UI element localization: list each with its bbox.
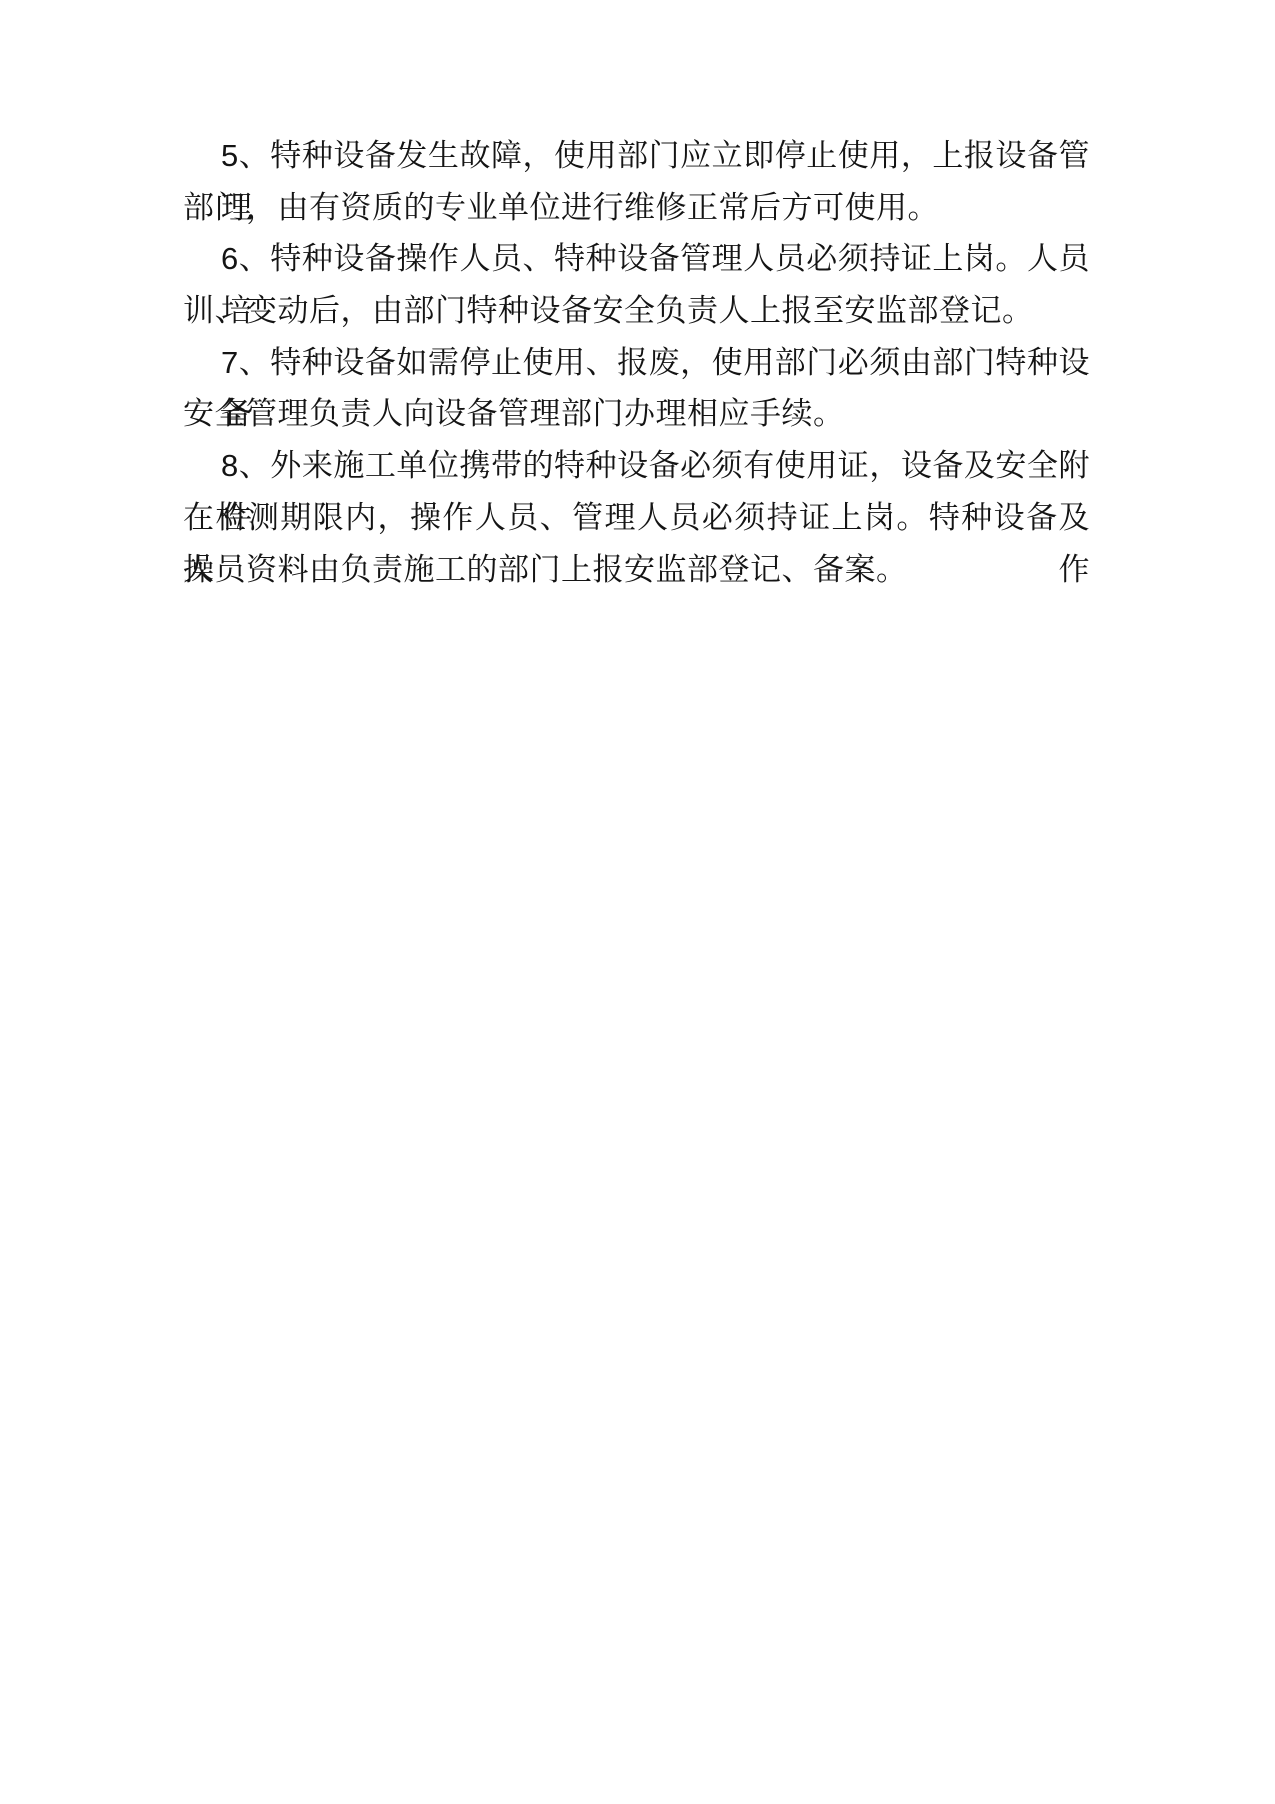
document-page: 5、特种设备发生故障，使用部门应立即停止使用，上报设备管理部门，由有资质的专业单… — [0, 0, 1275, 1804]
text-line: 训、变动后，由部门特种设备安全负责人上报至安监部登记。 — [183, 285, 1090, 337]
text-line: 6、特种设备操作人员、特种设备管理人员必须持证上岗。人员培 — [183, 233, 1090, 285]
text-block: 5、特种设备发生故障，使用部门应立即停止使用，上报设备管理部门，由有资质的专业单… — [183, 130, 1090, 595]
text-line: 5、特种设备发生故障，使用部门应立即停止使用，上报设备管理 — [183, 130, 1090, 182]
paragraph-number: 5、 — [221, 138, 270, 173]
text-line: 在检测期限内，操作人员、管理人员必须持证上岗。特种设备及操作 — [183, 492, 1090, 544]
paragraph-number: 6、 — [221, 241, 270, 276]
paragraph-number: 7、 — [221, 345, 270, 380]
text-line: 安全管理负责人向设备管理部门办理相应手续。 — [183, 388, 1090, 440]
text-line: 部门，由有资质的专业单位进行维修正常后方可使用。 — [183, 182, 1090, 234]
text-line: 8、外来施工单位携带的特种设备必须有使用证，设备及安全附件 — [183, 440, 1090, 492]
text-line: 7、特种设备如需停止使用、报废，使用部门必须由部门特种设备 — [183, 337, 1090, 389]
paragraph-number: 8、 — [221, 448, 270, 483]
